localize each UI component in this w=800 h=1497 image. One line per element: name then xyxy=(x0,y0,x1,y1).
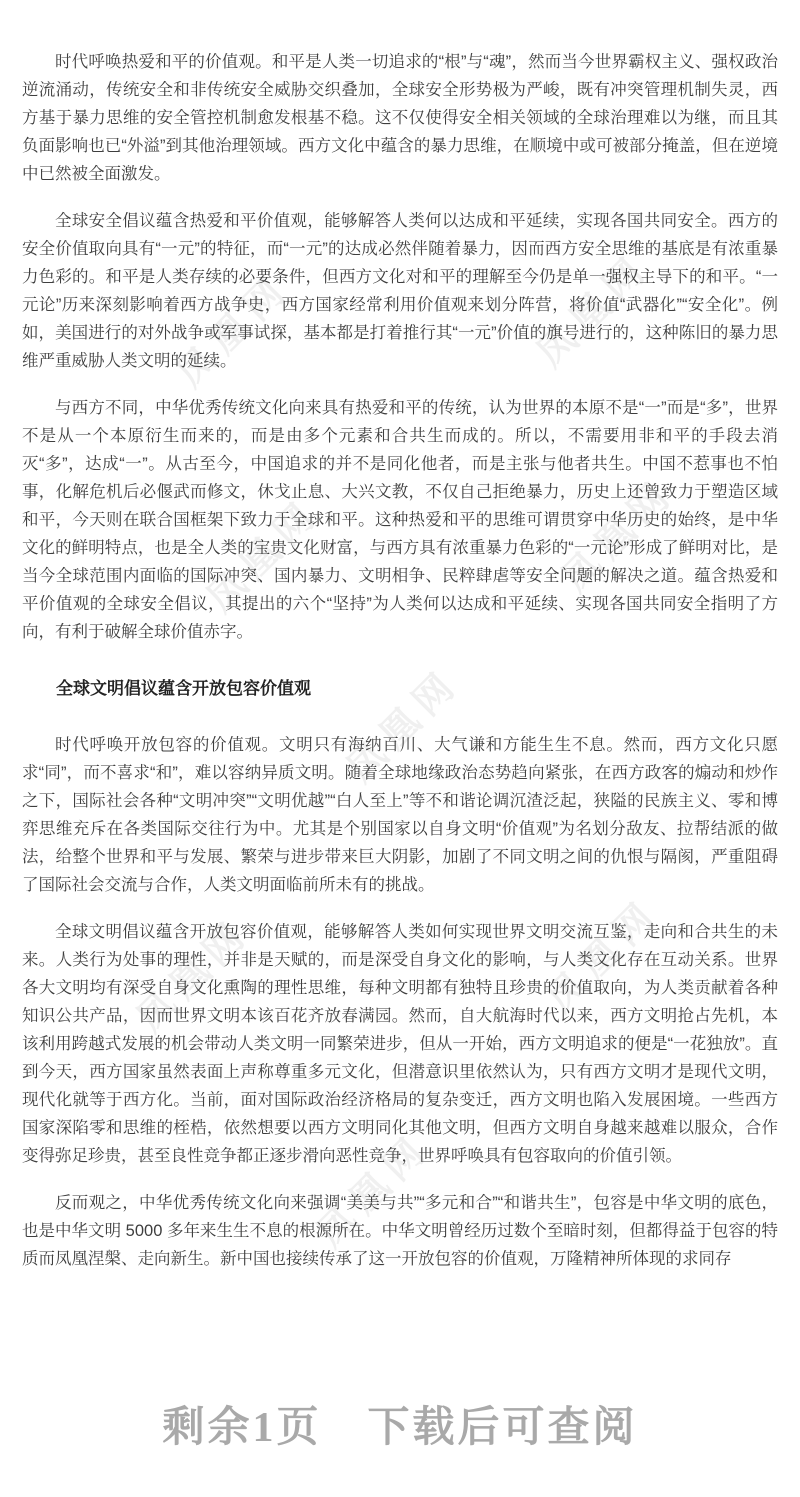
document-page: 凤凰网 凤凰网 凤凰网 凤凰网 凤凰网 凤凰网 凤凰网 凤凰网 时代呼唤热爱和平… xyxy=(0,0,800,1497)
pages-remaining-label: 剩余1页 xyxy=(162,1394,321,1454)
paragraph-open-inclusive-values: 时代呼唤开放包容的价值观。文明只有海纳百川、大气谦和方能生生不息。然而，西方文化… xyxy=(22,731,778,899)
paragraph-chinese-inclusiveness: 反而观之，中华优秀传统文化向来强调“美美与共”“多元和合”“和谐共生”，包容是中… xyxy=(22,1189,778,1273)
paragraph-chinese-tradition-peace: 与西方不同，中华优秀传统文化向来具有热爱和平的传统，认为世界的本原不是“一”而是… xyxy=(22,394,778,646)
pages-remaining-banner[interactable]: 剩余1页 下载后可查阅 xyxy=(0,1394,800,1454)
document-body: 时代呼唤热爱和平的价值观。和平是人类一切追求的“根”与“魂”，然而当今世界霸权主… xyxy=(22,48,778,1292)
paragraph-peace-values-intro: 时代呼唤热爱和平的价值观。和平是人类一切追求的“根”与“魂”，然而当今世界霸权主… xyxy=(22,48,778,188)
section-heading-civilization-initiative: 全球文明倡议蕴含开放包容价值观 xyxy=(22,677,778,701)
download-hint-label: 下载后可查阅 xyxy=(368,1394,638,1454)
paragraph-civilization-exchange: 全球文明倡议蕴含开放包容价值观，能够解答人类如何实现世界文明交流互鉴，走向和合共… xyxy=(22,918,778,1170)
paragraph-global-security-initiative: 全球安全倡议蕴含热爱和平价值观，能够解答人类何以达成和平延续，实现各国共同安全。… xyxy=(22,207,778,375)
